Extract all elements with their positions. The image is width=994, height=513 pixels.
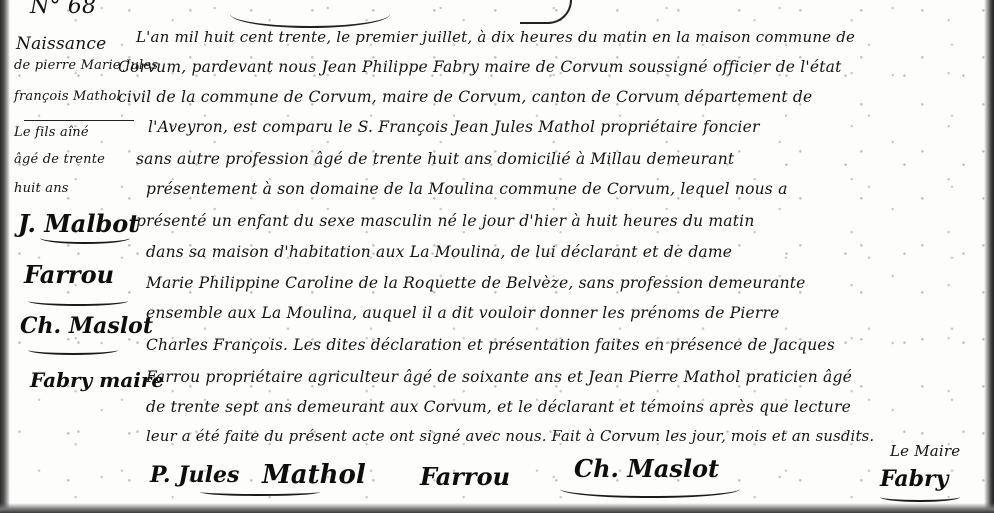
body-line-10: ensemble aux La Moulina, auquel il a dit…	[146, 304, 780, 322]
margin-annotation-1: Le fils aîné	[14, 125, 89, 140]
signature-flourish	[28, 345, 118, 355]
signature-mathol: Mathol	[262, 460, 366, 490]
header-flourish-right	[520, 0, 572, 24]
margin-subject-line-2: françois Mathol	[14, 89, 121, 104]
margin-divider	[24, 120, 134, 121]
body-line-6: présentement à son domaine de la Moulina…	[146, 180, 788, 198]
signature-farrou: Farrou	[420, 462, 510, 491]
header-flourish	[230, 0, 390, 28]
page-binding-edge	[0, 0, 10, 513]
margin-signature-maslot: Ch. Maslot	[20, 313, 153, 339]
margin-signature-fabry: Fabry maire	[30, 368, 164, 392]
margin-annotation-2: âgé de trente	[14, 152, 105, 167]
margin-signature-farrou: Farrou	[24, 260, 114, 289]
entry-number: N° 68	[30, 0, 96, 19]
body-line-7: présenté un enfant du sexe masculin né l…	[136, 212, 755, 230]
register-page: N° 68 Naissance de pierre Marie Jules fr…	[0, 0, 994, 513]
signature-mayor-fabry: Fabry	[880, 466, 948, 492]
margin-annotation-3: huit ans	[14, 181, 69, 196]
body-line-2: Corvum, pardevant nous Jean Philippe Fab…	[118, 58, 842, 76]
body-line-13: de trente sept ans demeurant aux Corvum,…	[146, 398, 851, 416]
body-line-8: dans sa maison d'habitation aux La Mouli…	[146, 243, 732, 261]
closing-note-le-maire: Le Maire	[890, 442, 960, 460]
signature-maslot: Ch. Maslot	[574, 454, 719, 483]
body-line-11: Charles François. Les dites déclaration …	[146, 336, 835, 354]
signature-flourish	[40, 232, 130, 244]
signature-jules: P. Jules	[150, 462, 239, 488]
signature-flourish	[200, 488, 320, 496]
body-line-9: Marie Philippine Caroline de la Roquette…	[146, 274, 806, 292]
signature-flourish	[28, 296, 128, 306]
body-line-14: leur a été faite du présent acte ont sig…	[146, 428, 874, 445]
body-line-12: Farrou propriétaire agriculteur âgé de s…	[146, 368, 852, 386]
page-bottom-edge	[0, 503, 994, 513]
body-line-3: civil de la commune de Corvum, maire de …	[118, 88, 812, 106]
page-right-edge	[984, 0, 994, 513]
body-line-5: sans autre profession âgé de trente huit…	[136, 150, 734, 168]
signature-flourish	[560, 480, 740, 498]
signature-flourish	[880, 492, 960, 502]
body-line-1: L'an mil huit cent trente, le premier ju…	[136, 28, 855, 46]
body-line-4: l'Aveyron, est comparu le S. François Je…	[148, 118, 760, 136]
margin-title: Naissance	[16, 34, 106, 54]
